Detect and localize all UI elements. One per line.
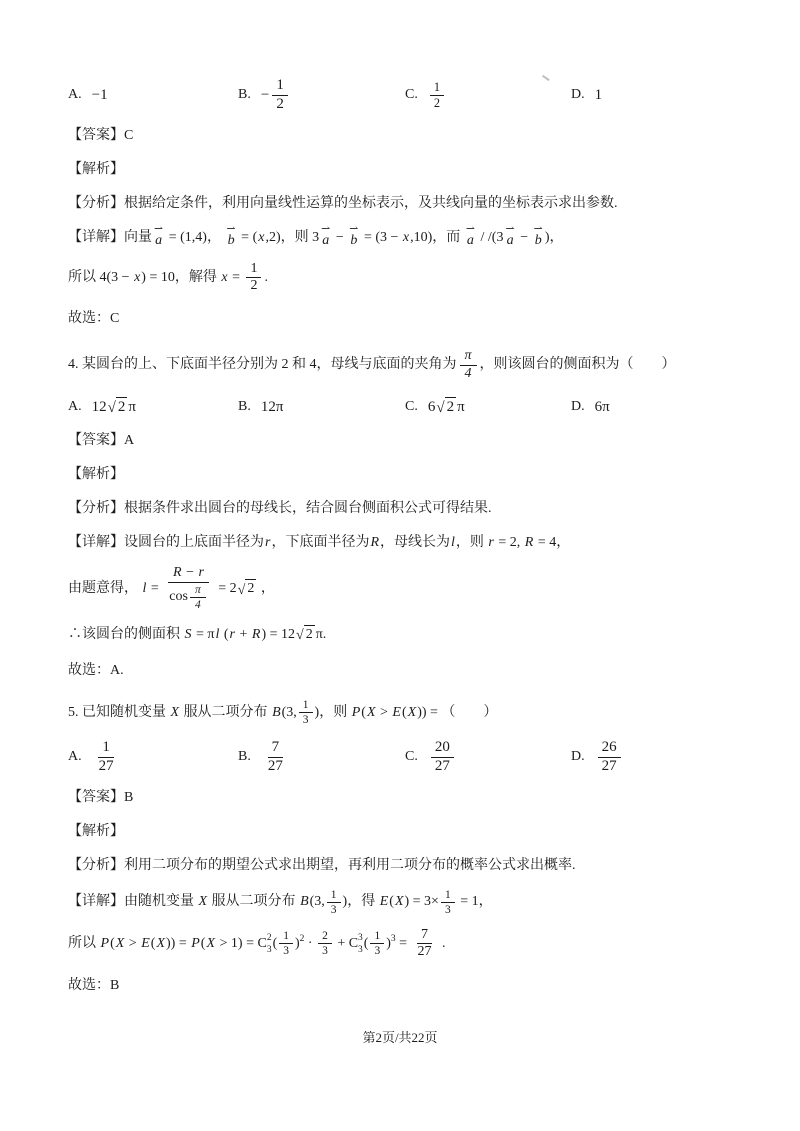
fraction-numerator: 2 <box>318 930 332 944</box>
text-run: 【解析】 <box>68 159 124 181</box>
math-variable: E <box>379 891 390 913</box>
text-run: ， <box>257 578 275 600</box>
text-run: 1 <box>595 84 603 106</box>
text-run: (3, <box>282 702 297 724</box>
fraction-denominator: 3 <box>370 944 384 957</box>
math-variable: E <box>391 702 402 724</box>
radical-icon: √ <box>436 400 444 417</box>
q4-detail-1: 【详解】设圆台的上底面半径为r，下底面半径为R，母线长为l，则 r = 2, R… <box>68 531 740 554</box>
fraction: 13 <box>327 889 341 916</box>
option-value: −12 <box>261 77 291 114</box>
option-d: D.6π <box>571 396 740 418</box>
text-run: 1 <box>331 889 337 901</box>
text-run: 1 <box>283 930 289 942</box>
radical-icon: √ <box>296 628 304 643</box>
fraction-numerator: 1 <box>299 699 313 713</box>
text-run: 3 <box>331 904 337 916</box>
text-run: 27 <box>435 759 450 775</box>
q5-detail-1: 【详解】由随机变量 X 服从二项分布 B(3,13)，得 E(X) = 3×13… <box>68 889 740 916</box>
q3-detail-1: 【详解】向量⇀a = (1,4)， ⇀b = (x,2)，则 3⇀a − ⇀b … <box>68 227 740 250</box>
vector-symbol: ⇀b <box>226 227 235 249</box>
q5-analysis-header: 【解析】 <box>68 821 740 844</box>
fraction-denominator: 2 <box>430 96 444 110</box>
fraction-denominator: 4 <box>460 366 477 382</box>
exam-solution-page: A.−1B.−12C.12D.1【答案】C【解析】【分析】根据给定条件，利用向量… <box>0 0 800 1131</box>
math-variable: X <box>366 702 377 724</box>
math-variable: R <box>251 624 262 646</box>
text-run: − <box>183 566 198 581</box>
fraction-numerator: 1 <box>327 889 341 903</box>
fraction-denominator: 3 <box>318 944 332 957</box>
text-run: ∴该圆台的侧面积 <box>68 624 184 646</box>
q3-conclusion: 故选：C <box>68 308 740 331</box>
math-variable: x <box>257 227 265 249</box>
math-variable: X <box>198 891 209 913</box>
text-run: 3 <box>374 945 380 957</box>
text-run: π. <box>316 624 327 646</box>
text-run: )， <box>545 227 564 249</box>
text-run: 【详解】由随机变量 <box>68 891 198 913</box>
math-variable: R <box>369 532 380 554</box>
text-run: 【解析】 <box>68 821 124 843</box>
option-a: A.12√2π <box>68 396 238 418</box>
q5-analysis: 【分析】利用二项分布的期望公式求出期望，再利用二项分布的概率公式求出概率. <box>68 855 740 878</box>
text-run: 12π <box>261 396 284 418</box>
text-run: 3 <box>303 714 309 726</box>
combination-indices: 23 <box>267 934 272 955</box>
option-value: 127 <box>92 739 121 776</box>
fraction-numerator: 7 <box>417 928 432 945</box>
fraction: 727 <box>414 928 436 960</box>
q5-conclusion: 故选：B <box>68 974 740 997</box>
vector-letter: a <box>155 233 162 249</box>
math-variable: x <box>133 267 141 289</box>
fraction: 13 <box>279 930 293 957</box>
text-run: 【详解】设圆台的上底面半径为 <box>68 532 264 554</box>
math-variable: 4 <box>194 599 202 611</box>
q4-detail-3: ∴该圆台的侧面积 S = πl (r + R) = 12√2π. <box>68 623 740 646</box>
text-run: ，母线长为 <box>380 532 450 554</box>
math-variable: X <box>394 891 405 913</box>
math-variable: r <box>229 624 236 646</box>
option-value: 12√2π <box>92 396 136 418</box>
text-run: 27 <box>602 759 617 775</box>
vector-letter: a <box>467 233 474 249</box>
fraction-numerator: 1 <box>430 81 444 96</box>
text-run: )，则 <box>315 702 351 724</box>
fraction-numerator: R − r <box>168 566 209 583</box>
text-run: 1 <box>303 699 309 711</box>
text-run: 由题意得， <box>68 578 142 600</box>
superscript: 3 <box>391 935 396 945</box>
option-value: −1 <box>92 84 108 106</box>
fraction-numerator: 20 <box>431 740 454 758</box>
option-a: A.127 <box>68 739 238 776</box>
option-label: B. <box>238 396 251 418</box>
math-variable: X <box>155 933 166 955</box>
fraction-numerator: π <box>460 349 477 366</box>
option-label: B. <box>238 746 251 768</box>
fraction: 13 <box>370 930 384 957</box>
fraction-denominator: 3 <box>441 903 455 916</box>
text-run: 1 <box>445 889 451 901</box>
vector-letter: b <box>350 233 357 249</box>
text-run: 【详解】向量 <box>68 227 152 249</box>
option-value: 12π <box>261 396 284 418</box>
math-variable: P <box>351 702 362 724</box>
fraction: 13 <box>441 889 455 916</box>
text-run: 服从二项分布 <box>208 891 299 913</box>
q4-conclusion: 故选：A. <box>68 659 740 682</box>
math-variable: x <box>220 267 228 289</box>
radical-icon: √ <box>108 400 116 417</box>
text-run: ,2)，则 3 <box>265 227 319 249</box>
text-run: = ( <box>238 227 258 249</box>
vector-symbol: ⇀b <box>534 227 543 249</box>
fraction: π4 <box>190 584 206 611</box>
q3-analysis: 【分析】根据给定条件，利用向量线性运算的坐标表示，及共线向量的坐标表示求出参数. <box>68 193 740 216</box>
math-variable: x <box>402 227 410 249</box>
superscript: 2 <box>267 934 272 944</box>
option-label: A. <box>68 396 82 418</box>
text-run: . <box>264 267 268 289</box>
text-run: )，得 <box>343 891 379 913</box>
text-run: 【答案】B <box>68 787 133 809</box>
vector-symbol: ⇀b <box>349 227 358 249</box>
text-run: ( <box>220 624 228 646</box>
option-b: B.12π <box>238 396 405 418</box>
subscript: 3 <box>267 946 272 956</box>
option-label: D. <box>571 396 585 418</box>
q4-analysis-header: 【解析】 <box>68 463 740 486</box>
fraction-numerator: 1 <box>279 930 293 944</box>
text-run: 【分析】根据给定条件，利用向量线性运算的坐标表示，及共线向量的坐标表示求出参数. <box>68 193 618 215</box>
radicand: 2 <box>116 397 128 417</box>
text-run: 【答案】C <box>68 125 133 147</box>
text-run: −1 <box>92 84 108 106</box>
q4-analysis: 【分析】根据条件求出圆台的母线长，结合圆台侧面积公式可得结果. <box>68 497 740 520</box>
text-run: = 1， <box>457 891 493 913</box>
math-variable: R <box>172 566 183 581</box>
vector-symbol: ⇀a <box>466 227 475 249</box>
option-label: D. <box>571 746 585 768</box>
text-run: − <box>261 84 269 106</box>
fraction-denominator: 27 <box>414 944 436 960</box>
q4-question: 4. 某圆台的上、下底面半径分别为 2 和 4，母线与底面的夹角为π4，则该圆台… <box>68 348 740 382</box>
fraction-denominator: 3 <box>279 944 293 957</box>
fraction-denominator: 3 <box>299 713 313 726</box>
text-run: 2 <box>322 930 328 942</box>
text-run: 1 <box>250 262 257 277</box>
text-run: ，则该圆台的侧面积为（ ） <box>480 354 676 376</box>
text-run: 26 <box>602 740 617 756</box>
text-run: ，下底面半径为 <box>271 532 369 554</box>
vector-letter: b <box>535 233 542 249</box>
text-run: ( <box>273 933 278 955</box>
square-root: √2 <box>296 625 315 644</box>
text-run: 故选：C <box>68 308 119 330</box>
fraction-denominator: 3 <box>327 903 341 916</box>
option-b: B.−12 <box>238 77 405 114</box>
vector-letter: b <box>228 233 235 249</box>
text-run: ,10)，而 <box>410 227 464 249</box>
text-run: ) = 3× <box>405 891 439 913</box>
text-run: 1 <box>434 81 440 94</box>
radical-icon: √ <box>238 583 246 598</box>
option-c: C.6√2π <box>405 396 571 418</box>
text-run: π <box>457 396 465 418</box>
fraction: 127 <box>95 740 118 775</box>
text-run: ) = 10，解得 <box>141 267 220 289</box>
square-root: √2 <box>108 397 128 417</box>
text-run: / /(3 <box>477 227 503 249</box>
text-run: = 4， <box>534 532 570 554</box>
superscript: 2 <box>300 935 305 945</box>
combination-indices: 33 <box>358 934 363 955</box>
option-d: D.1 <box>571 84 740 106</box>
q4-detail-2: 由题意得， l = R − rcosπ4 = 2√2 ， <box>68 565 740 612</box>
radicand: 2 <box>445 397 457 417</box>
square-root: √2 <box>436 397 456 417</box>
text-run: (3, <box>310 891 325 913</box>
q3-options-row: A.−1B.−12C.12D.1 <box>68 77 740 114</box>
vector-symbol: ⇀a <box>154 227 163 249</box>
math-variable: E <box>140 933 151 955</box>
text-run: − <box>332 227 347 249</box>
text-run: . <box>439 933 446 955</box>
math-variable: r <box>264 532 271 554</box>
text-run: 【分析】根据条件求出圆台的母线长，结合圆台侧面积公式可得结果. <box>68 498 492 520</box>
fraction-numerator: 1 <box>370 930 384 944</box>
text-run: π <box>128 396 136 418</box>
option-b: B.727 <box>238 739 405 776</box>
math-variable: B <box>299 891 310 913</box>
fraction-numerator: 1 <box>246 262 261 279</box>
fraction: 727 <box>264 740 287 775</box>
math-variable: π <box>194 584 202 596</box>
q5-answer: 【答案】B <box>68 787 740 810</box>
text-run: 27 <box>418 945 432 960</box>
text-run: 6π <box>595 396 610 418</box>
square-root: √2 <box>238 579 257 598</box>
text-run: 【解析】 <box>68 464 124 486</box>
fraction: 12 <box>272 78 288 113</box>
fraction: 12 <box>246 262 261 294</box>
text-run: 1 <box>374 930 380 942</box>
fraction-numerator: π <box>190 584 206 598</box>
text-run: 【答案】A <box>68 430 134 452</box>
option-value: 6π <box>595 396 610 418</box>
vector-symbol: ⇀a <box>321 227 330 249</box>
text-run: 7 <box>421 928 428 943</box>
text-run: )) = （ ） <box>417 702 497 724</box>
superscript: 3 <box>358 934 363 944</box>
text-run: + C <box>334 933 358 955</box>
math-variable: R <box>524 532 535 554</box>
fraction-numerator: 7 <box>268 740 284 758</box>
fraction-numerator: 26 <box>598 740 621 758</box>
text-run: − <box>517 227 532 249</box>
text-run: 所以 4(3 − <box>68 267 133 289</box>
vector-letter: a <box>507 233 514 249</box>
text-run: ，则 <box>456 532 488 554</box>
document-content: A.−1B.−12C.12D.1【答案】C【解析】【分析】根据给定条件，利用向量… <box>0 0 800 997</box>
q5-detail-2: 所以 P(X > E(X)) = P(X > 1) = C23(13)2 · 2… <box>68 927 740 961</box>
text-run: = 2 <box>215 578 237 600</box>
text-run: ) = 12 <box>261 624 295 646</box>
fraction: 23 <box>318 930 332 957</box>
vector-letter: a <box>322 233 329 249</box>
page-number-footer: 第2页/共22页 <box>0 1027 800 1046</box>
option-label: A. <box>68 84 82 106</box>
fraction: π4 <box>460 349 477 381</box>
text-run: 1 <box>276 78 284 94</box>
q3-analysis-header: 【解析】 <box>68 159 740 182</box>
text-run: 3 <box>322 945 328 957</box>
fraction-numerator: 1 <box>98 740 114 758</box>
text-run: 27 <box>268 759 283 775</box>
math-variable: P <box>100 933 111 955</box>
text-run: 1 <box>102 740 110 756</box>
q3-answer: 【答案】C <box>68 125 740 148</box>
text-run: 2 <box>276 97 284 113</box>
option-value: 727 <box>261 739 290 776</box>
fraction-denominator: 27 <box>264 758 287 775</box>
text-run: 2 <box>434 97 440 110</box>
fraction-denominator: 4 <box>190 598 206 611</box>
option-label: D. <box>571 84 585 106</box>
q3-detail-2: 所以 4(3 − x) = 10，解得 x = 12. <box>68 261 740 295</box>
text-run: = <box>396 933 411 955</box>
text-run: > 1) = C <box>216 933 267 955</box>
text-run: 【分析】利用二项分布的期望公式求出期望，再利用二项分布的概率公式求出概率. <box>68 855 576 877</box>
text-run: 故选：B <box>68 975 119 997</box>
text-run: = 2, <box>495 532 524 554</box>
text-run: 3 <box>445 904 451 916</box>
text-run: > <box>125 933 140 955</box>
math-variable: 4 <box>464 367 473 382</box>
math-variable: X <box>115 933 126 955</box>
option-value: 1 <box>595 84 603 106</box>
text-run: > <box>377 702 392 724</box>
math-variable: X <box>407 702 418 724</box>
option-value: 2027 <box>428 739 457 776</box>
option-value: 6√2π <box>428 396 465 418</box>
math-variable: r <box>198 566 205 581</box>
fraction-denominator: 2 <box>246 278 261 294</box>
text-run: 6 <box>428 396 436 418</box>
text-run: cos <box>169 590 188 605</box>
math-variable: X <box>205 933 216 955</box>
fraction: R − rcosπ4 <box>165 566 211 611</box>
option-label: C. <box>405 84 418 106</box>
radicand: 2 <box>304 625 315 644</box>
text-run: = (1,4)， <box>165 227 224 249</box>
text-run: = (3 − <box>360 227 401 249</box>
fraction-denominator: cosπ4 <box>165 583 211 611</box>
option-a: A.−1 <box>68 84 238 106</box>
fraction-denominator: 27 <box>95 758 118 775</box>
option-value: 12 <box>428 81 446 110</box>
text-run: 7 <box>272 740 280 756</box>
text-run: 5. 已知随机变量 <box>68 702 170 724</box>
text-run: 3 <box>283 945 289 957</box>
text-run: = <box>147 578 162 600</box>
fraction-denominator: 27 <box>598 758 621 775</box>
option-d: D.2627 <box>571 739 740 776</box>
text-run: · <box>304 933 316 955</box>
math-variable: B <box>271 702 282 724</box>
q5-question: 5. 已知随机变量 X 服从二项分布 B(3,13)，则 P(X > E(X))… <box>68 699 740 726</box>
q5-options-row: A.127B.727C.2027D.2627 <box>68 739 740 776</box>
text-run: 故选：A. <box>68 660 124 682</box>
fraction-denominator: 27 <box>431 758 454 775</box>
text-run: 27 <box>99 759 114 775</box>
q4-answer: 【答案】A <box>68 429 740 452</box>
text-run: 20 <box>435 740 450 756</box>
fraction: 2627 <box>598 740 621 775</box>
option-label: C. <box>405 396 418 418</box>
text-run: = <box>229 267 244 289</box>
option-c: C.2027 <box>405 739 571 776</box>
text-run: = π <box>193 624 215 646</box>
option-value: 2627 <box>595 739 624 776</box>
option-label: C. <box>405 746 418 768</box>
subscript: 3 <box>358 946 363 956</box>
vector-symbol: ⇀a <box>505 227 514 249</box>
fraction: 2027 <box>431 740 454 775</box>
option-label: A. <box>68 746 82 768</box>
math-variable: r <box>487 532 494 554</box>
math-variable: X <box>170 702 181 724</box>
fraction: 13 <box>299 699 313 726</box>
text-run: ( <box>364 933 369 955</box>
fraction-numerator: 1 <box>441 889 455 903</box>
option-c: C.12 <box>405 81 571 110</box>
text-run: 12 <box>92 396 107 418</box>
fraction-numerator: 1 <box>272 78 288 96</box>
text-run: 所以 <box>68 933 100 955</box>
text-run: 4. 某圆台的上、下底面半径分别为 2 和 4，母线与底面的夹角为 <box>68 354 457 376</box>
math-variable: S <box>184 624 193 646</box>
math-variable: P <box>190 933 201 955</box>
fraction: 12 <box>430 81 444 110</box>
math-variable: π <box>464 349 473 364</box>
q4-options-row: A.12√2πB.12πC.6√2πD.6π <box>68 395 740 418</box>
radicand: 2 <box>245 579 256 598</box>
fraction-denominator: 2 <box>272 96 288 113</box>
option-label: B. <box>238 84 251 106</box>
text-run: )) = <box>166 933 190 955</box>
text-run: + <box>236 624 251 646</box>
text-run: 服从二项分布 <box>180 702 271 724</box>
text-run: 2 <box>250 279 257 294</box>
